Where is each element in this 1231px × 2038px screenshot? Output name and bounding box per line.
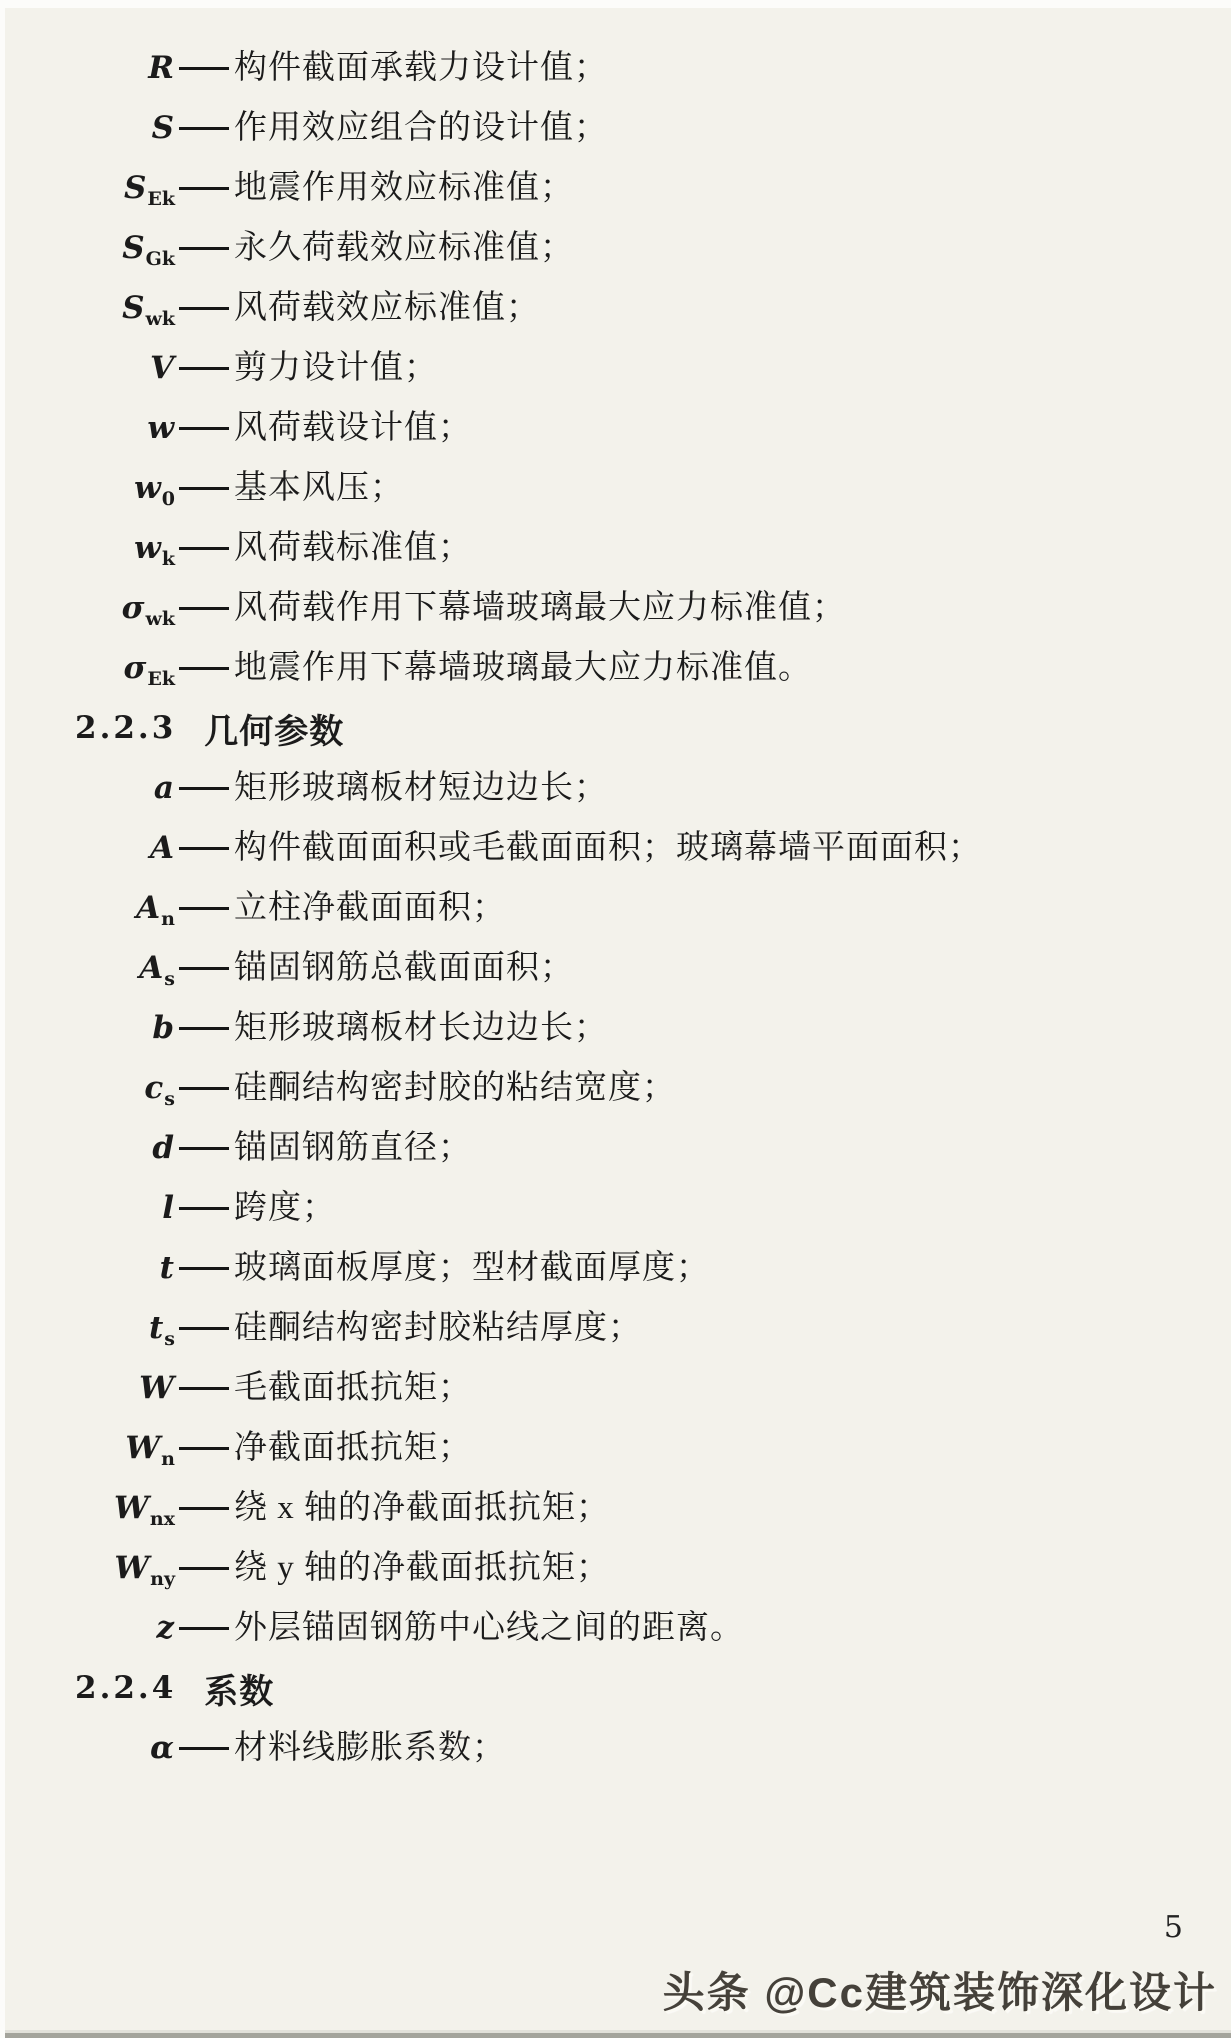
symbol-label: SGk — [5, 233, 175, 264]
symbol-base: t — [149, 1310, 163, 1346]
symbol-description: 矩形玻璃板材短边边长； — [234, 772, 608, 805]
symbol-description: 基本风压； — [234, 472, 404, 505]
symbol-label: w — [5, 413, 175, 444]
symbol-description: 永久荷载效应标准值； — [234, 232, 574, 265]
section-title: 系数 — [204, 1664, 274, 1713]
symbol-label: cs — [5, 1073, 175, 1104]
symbol-definition-list: R 构件截面承载力设计值； S 作用效应组合的设计值； SEk 地震作用效应标准… — [5, 8, 1231, 1778]
dash-line — [179, 1447, 229, 1450]
symbol-label: Wnx — [5, 1493, 175, 1524]
symbol-base: α — [150, 1730, 174, 1766]
symbol-base: R — [148, 50, 174, 86]
symbol-base: t — [160, 1250, 174, 1286]
symbol-description: 地震作用下幕墙玻璃最大应力标准值。 — [234, 652, 812, 685]
symbol-label: w0 — [5, 473, 175, 504]
symbol-label: t — [5, 1253, 175, 1284]
symbol-description: 净截面抵抗矩； — [234, 1432, 472, 1465]
symbol-definition-row: An 立柱净截面面积； — [5, 878, 1231, 938]
symbol-label: V — [5, 353, 175, 384]
dash-line — [179, 1507, 229, 1510]
dash-line — [179, 307, 229, 310]
symbol-description: 矩形玻璃板材长边边长； — [234, 1012, 608, 1045]
symbol-base: W — [125, 1430, 160, 1466]
symbol-label: z — [5, 1613, 175, 1644]
symbol-label: σwk — [5, 593, 175, 624]
symbol-label: A — [5, 833, 175, 864]
symbol-definition-row: b 矩形玻璃板材长边边长； — [5, 998, 1231, 1058]
symbol-base: S — [152, 110, 174, 146]
symbol-description: 毛截面抵抗矩； — [234, 1372, 472, 1405]
symbol-definition-row: t 玻璃面板厚度；型材截面厚度； — [5, 1238, 1231, 1298]
symbol-description: 锚固钢筋直径； — [234, 1132, 472, 1165]
dash-line — [179, 787, 229, 790]
symbol-definition-row: S 作用效应组合的设计值； — [5, 98, 1231, 158]
dash-line — [179, 667, 229, 670]
symbol-description: 剪力设计值； — [234, 352, 438, 385]
symbol-label: SEk — [5, 173, 175, 204]
symbol-base: A — [150, 830, 174, 866]
symbol-definition-row: Wny 绕 y 轴的净截面抵抗矩； — [5, 1538, 1231, 1598]
symbol-label: ts — [5, 1313, 175, 1344]
symbol-description: 硅酮结构密封胶的粘结宽度； — [234, 1072, 676, 1105]
symbol-description: 风荷载设计值； — [234, 412, 472, 445]
dash-line — [179, 367, 229, 370]
dash-line — [179, 607, 229, 610]
symbol-label: a — [5, 773, 175, 804]
symbol-label: α — [5, 1733, 175, 1764]
symbol-description: 构件截面面积或毛截面面积；玻璃幕墙平面面积； — [234, 832, 982, 865]
symbol-definition-row: z 外层锚固钢筋中心线之间的距离。 — [5, 1598, 1231, 1658]
symbol-description: 绕 y 轴的净截面抵抗矩； — [234, 1552, 610, 1585]
dash-line — [179, 487, 229, 490]
symbol-definition-row: Wn 净截面抵抗矩； — [5, 1418, 1231, 1478]
dash-line — [179, 67, 229, 70]
symbol-description: 地震作用效应标准值； — [234, 172, 574, 205]
symbol-definition-row: A 构件截面面积或毛截面面积；玻璃幕墙平面面积； — [5, 818, 1231, 878]
symbol-base: S — [122, 290, 144, 326]
symbol-label: Wn — [5, 1433, 175, 1464]
symbol-base: a — [154, 770, 174, 806]
symbol-label: S — [5, 113, 175, 144]
dash-line — [179, 1087, 229, 1090]
symbol-description: 风荷载效应标准值； — [234, 292, 540, 325]
symbol-definition-row: ts 硅酮结构密封胶粘结厚度； — [5, 1298, 1231, 1358]
symbol-base: z — [156, 1610, 174, 1646]
page-number: 5 — [1164, 1910, 1183, 1945]
section-number: 2.2.3 — [75, 710, 176, 746]
symbol-base: d — [152, 1130, 174, 1166]
symbol-definition-row: R 构件截面承载力设计值； — [5, 38, 1231, 98]
dash-line — [179, 187, 229, 190]
symbol-base: S — [122, 230, 144, 266]
symbol-label: Swk — [5, 293, 175, 324]
symbol-description: 作用效应组合的设计值； — [234, 112, 608, 145]
dash-line — [179, 847, 229, 850]
symbol-base: b — [152, 1010, 174, 1046]
section-heading: 2.2.4 系数 — [5, 1658, 1231, 1718]
dash-line — [179, 1267, 229, 1270]
symbol-description: 风荷载标准值； — [234, 532, 472, 565]
section-title: 几何参数 — [204, 704, 344, 753]
dash-line — [179, 1147, 229, 1150]
symbol-definition-row: SEk 地震作用效应标准值； — [5, 158, 1231, 218]
symbol-label: An — [5, 893, 175, 924]
symbol-definition-row: V 剪力设计值； — [5, 338, 1231, 398]
symbol-definition-row: Wnx 绕 x 轴的净截面抵抗矩； — [5, 1478, 1231, 1538]
dash-line — [179, 1387, 229, 1390]
dash-line — [179, 547, 229, 550]
symbol-base: σ — [123, 650, 146, 686]
symbol-description: 硅酮结构密封胶粘结厚度； — [234, 1312, 642, 1345]
symbol-definition-row: cs 硅酮结构密封胶的粘结宽度； — [5, 1058, 1231, 1118]
symbol-label: Wny — [5, 1553, 175, 1584]
symbol-base: V — [150, 350, 174, 386]
dash-line — [179, 1747, 229, 1750]
symbol-definition-row: Swk 风荷载效应标准值； — [5, 278, 1231, 338]
symbol-base: σ — [122, 590, 145, 626]
page-bottom-edge-bar — [5, 2033, 1231, 2038]
section-heading: 2.2.3 几何参数 — [5, 698, 1231, 758]
symbol-base: W — [114, 1550, 149, 1586]
document-page: R 构件截面承载力设计值； S 作用效应组合的设计值； SEk 地震作用效应标准… — [0, 0, 1231, 2038]
symbol-definition-row: w 风荷载设计值； — [5, 398, 1231, 458]
symbol-definition-row: w0 基本风压； — [5, 458, 1231, 518]
symbol-label: σEk — [5, 653, 175, 684]
dash-line — [179, 1327, 229, 1330]
symbol-description: 绕 x 轴的净截面抵抗矩； — [234, 1492, 610, 1525]
symbol-description: 锚固钢筋总截面面积； — [234, 952, 574, 985]
symbol-label: As — [5, 953, 175, 984]
symbol-label: wk — [5, 533, 175, 564]
symbol-definition-row: a 矩形玻璃板材短边边长； — [5, 758, 1231, 818]
dash-line — [179, 907, 229, 910]
symbol-definition-row: l 跨度； — [5, 1178, 1231, 1238]
symbol-base: A — [139, 950, 163, 986]
symbol-base: c — [144, 1070, 163, 1106]
symbol-definition-row: σwk 风荷载作用下幕墙玻璃最大应力标准值； — [5, 578, 1231, 638]
dash-line — [179, 1207, 229, 1210]
symbol-base: A — [136, 890, 160, 926]
symbol-definition-row: α 材料线膨胀系数； — [5, 1718, 1231, 1778]
symbol-description: 玻璃面板厚度；型材截面厚度； — [234, 1252, 710, 1285]
symbol-description: 材料线膨胀系数； — [234, 1732, 506, 1765]
symbol-description: 跨度； — [234, 1192, 336, 1225]
symbol-base: w — [134, 470, 161, 506]
dash-line — [179, 1627, 229, 1630]
dash-line — [179, 247, 229, 250]
symbol-definition-row: σEk 地震作用下幕墙玻璃最大应力标准值。 — [5, 638, 1231, 698]
symbol-base: w — [147, 410, 174, 446]
symbol-definition-row: SGk 永久荷载效应标准值； — [5, 218, 1231, 278]
dash-line — [179, 127, 229, 130]
symbol-definition-row: d 锚固钢筋直径； — [5, 1118, 1231, 1178]
symbol-definition-row: wk 风荷载标准值； — [5, 518, 1231, 578]
symbol-label: W — [5, 1373, 175, 1404]
dash-line — [179, 1567, 229, 1570]
symbol-label: b — [5, 1013, 175, 1044]
symbol-description: 构件截面承载力设计值； — [234, 52, 608, 85]
symbol-description: 风荷载作用下幕墙玻璃最大应力标准值； — [234, 592, 846, 625]
dash-line — [179, 967, 229, 970]
symbol-label: l — [5, 1193, 175, 1224]
symbol-label: R — [5, 53, 175, 84]
dash-line — [179, 427, 229, 430]
symbol-base: W — [139, 1370, 174, 1406]
symbol-description: 外层锚固钢筋中心线之间的距离。 — [234, 1612, 744, 1645]
symbol-base: W — [114, 1490, 149, 1526]
dash-line — [179, 1027, 229, 1030]
section-number: 2.2.4 — [75, 1670, 176, 1706]
symbol-base: S — [124, 170, 146, 206]
symbol-definition-row: W 毛截面抵抗矩； — [5, 1358, 1231, 1418]
symbol-definition-row: As 锚固钢筋总截面面积； — [5, 938, 1231, 998]
symbol-label: d — [5, 1133, 175, 1164]
symbol-description: 立柱净截面面积； — [234, 892, 506, 925]
symbol-base: l — [162, 1190, 174, 1226]
watermark: 头条 @Cc建筑装饰深化设计 — [663, 1960, 1217, 2020]
symbol-base: w — [134, 530, 161, 566]
